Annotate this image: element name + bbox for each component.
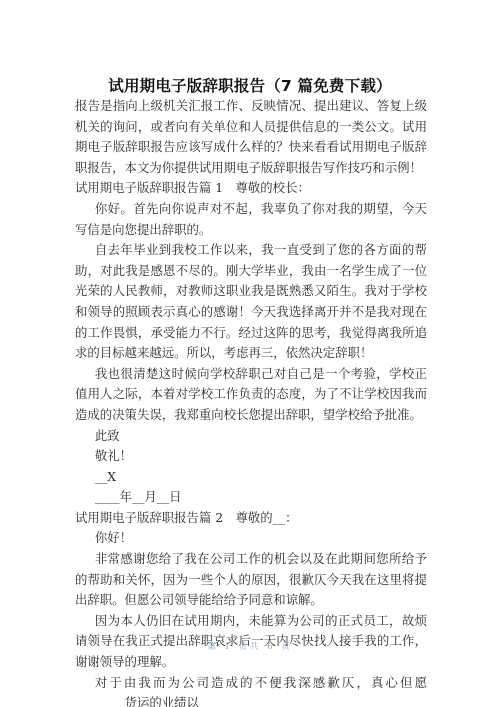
intro-paragraph: 报告是指向上级机关汇报工作、反映情况、提出建议、答复上级机关的询问，或者向有关单… (75, 96, 427, 178)
paragraph: 你好！ (75, 528, 427, 549)
signature-line: __X (75, 467, 427, 488)
paragraph: 你好。首先向你说声对不起，我辜负了你对我的期望，今天写信是向您提出辞职的。 (75, 199, 427, 240)
closing-line: 此致 (75, 426, 427, 447)
document-page: 试用期电子版辞职报告（7 篇免费下载） 报告是指向上级机关汇报工作、反映情况、提… (0, 0, 500, 707)
date-line: ____年__月__日 (75, 487, 427, 508)
paragraph: 非常感谢您给了我在公司工作的机会以及在此期间您所给予的帮助和关怀，因为一些个人的… (75, 549, 427, 611)
page-footer: 第 1 页共 6 页 (0, 640, 500, 652)
paragraph: 对于由我而为公司造成的不便我深感歉仄，真心但愿________货运的业绩以 (75, 673, 427, 707)
closing-line: 敬礼！ (75, 446, 427, 467)
section-heading: 试用期电子版辞职报告篇 2 尊敬的__： (75, 508, 427, 529)
section-heading: 试用期电子版辞职报告篇 1 尊敬的校长： (75, 178, 427, 199)
paragraph: 我也很清楚这时候向学校辞职己对自己是一个考验，学校正值用人之际，本着对学校工作负… (75, 364, 427, 426)
paragraph: 自去年毕业到我校工作以来，我一直受到了您的各方面的帮助，对此我是感恩不尽的。刚大… (75, 240, 427, 364)
document-title: 试用期电子版辞职报告（7 篇免费下载） (0, 74, 500, 96)
document-body: 报告是指向上级机关汇报工作、反映情况、提出建议、答复上级机关的询问，或者向有关单… (75, 96, 427, 707)
